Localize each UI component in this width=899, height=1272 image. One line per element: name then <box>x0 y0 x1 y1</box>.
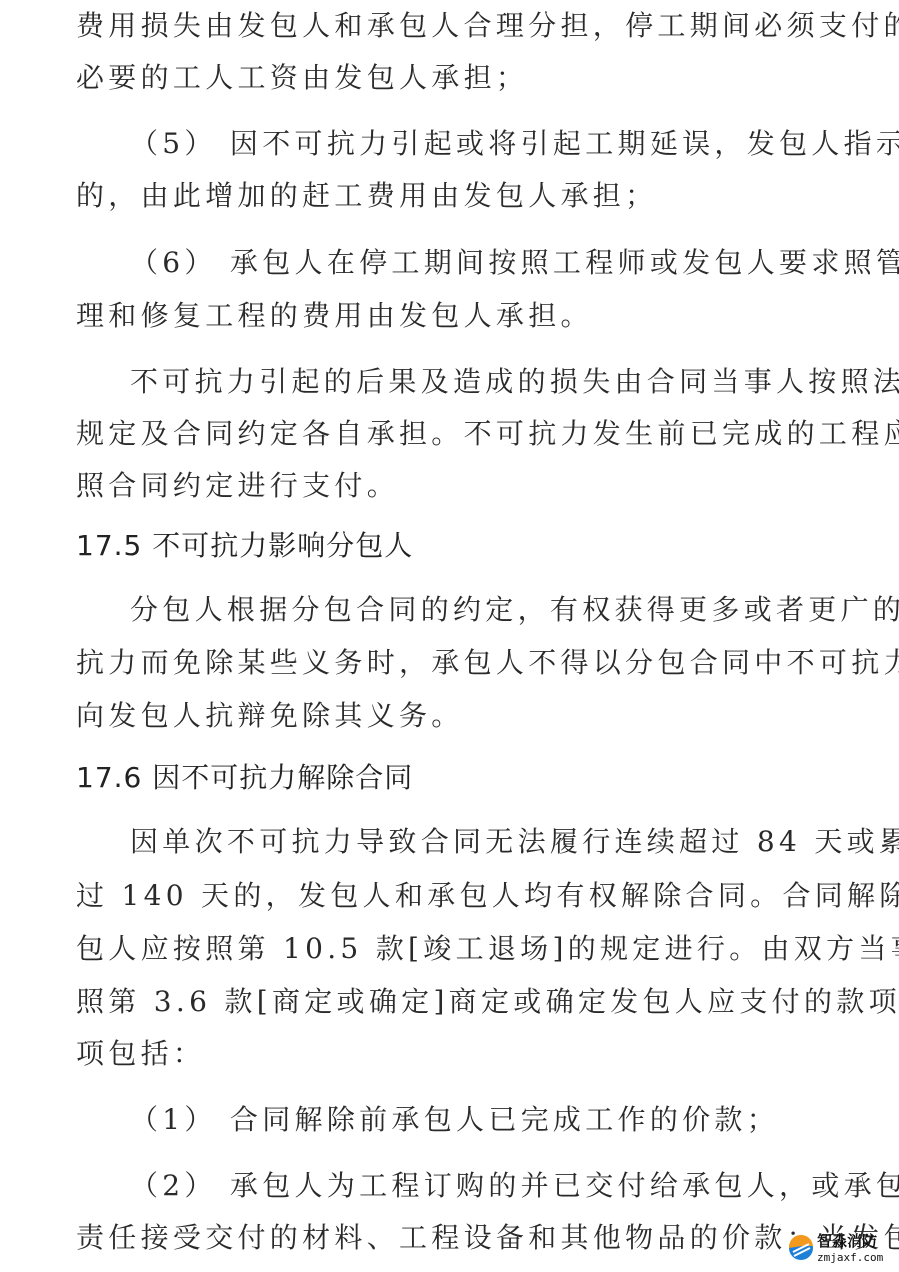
paragraph-line: 分包人根据分包合同的约定，有权获得更多或者更广的不可 <box>130 590 890 630</box>
paragraph-line: 责任接受交付的材料、工程设备和其他物品的价款；当发包人支 <box>76 1218 836 1258</box>
paragraph-line: 费用损失由发包人和承包人合理分担，停工期间必须支付的现场 <box>76 6 836 46</box>
watermark-name: 智淼消防 <box>817 1234 883 1249</box>
paragraph-line: 规定及合同约定各自承担。不可抗力发生前已完成的工程应当按 <box>76 414 836 454</box>
list-item-1: （1） 合同解除前承包人已完成工作的价款； <box>130 1100 890 1140</box>
list-item-5: （5） 因不可抗力引起或将引起工期延误，发包人指示赶工 <box>130 124 890 164</box>
watermark-url: zmjaxf.com <box>817 1252 883 1263</box>
paragraph-line: 不可抗力引起的后果及造成的损失由合同当事人按照法律 <box>130 362 890 402</box>
paragraph-line: 的，由此增加的赶工费用由发包人承担； <box>76 176 836 216</box>
section-heading-17-5: 17.5 不可抗力影响分包人 <box>76 526 836 566</box>
paragraph-line: 照第 3.6 款[商定或确定]商定或确定发包人应支付的款项，该款 <box>76 982 836 1022</box>
paragraph-line: 照合同约定进行支付。 <box>76 466 836 506</box>
list-item-2: （2） 承包人为工程订购的并已交付给承包人，或承包人有 <box>130 1166 890 1206</box>
paragraph-line: 过 140 天的，发包人和承包人均有权解除合同。合同解除后，承 <box>76 876 836 916</box>
paragraph-line: 理和修复工程的费用由发包人承担。 <box>76 296 836 336</box>
paragraph-line: 项包括： <box>76 1034 836 1074</box>
paragraph-line: 包人应按照第 10.5 款[竣工退场]的规定进行。由双方当事人按 <box>76 929 836 969</box>
watermark: 智淼消防 zmjaxf.com <box>788 1228 898 1268</box>
paragraph-line: 必要的工人工资由发包人承担； <box>76 58 836 98</box>
paragraph-line: 抗力而免除某些义务时，承包人不得以分包合同中不可抗力约定 <box>76 643 836 683</box>
document-page: 费用损失由发包人和承包人合理分担，停工期间必须支付的现场 必要的工人工资由发包人… <box>0 0 899 1272</box>
paragraph-line: 向发包人抗辩免除其义务。 <box>76 696 836 736</box>
paragraph-line: 因单次不可抗力导致合同无法履行连续超过 84 天或累计超 <box>130 822 890 862</box>
list-item-6: （6） 承包人在停工期间按照工程师或发包人要求照管、清 <box>130 243 890 283</box>
watermark-logo-icon <box>788 1235 814 1261</box>
section-heading-17-6: 17.6 因不可抗力解除合同 <box>76 758 836 798</box>
